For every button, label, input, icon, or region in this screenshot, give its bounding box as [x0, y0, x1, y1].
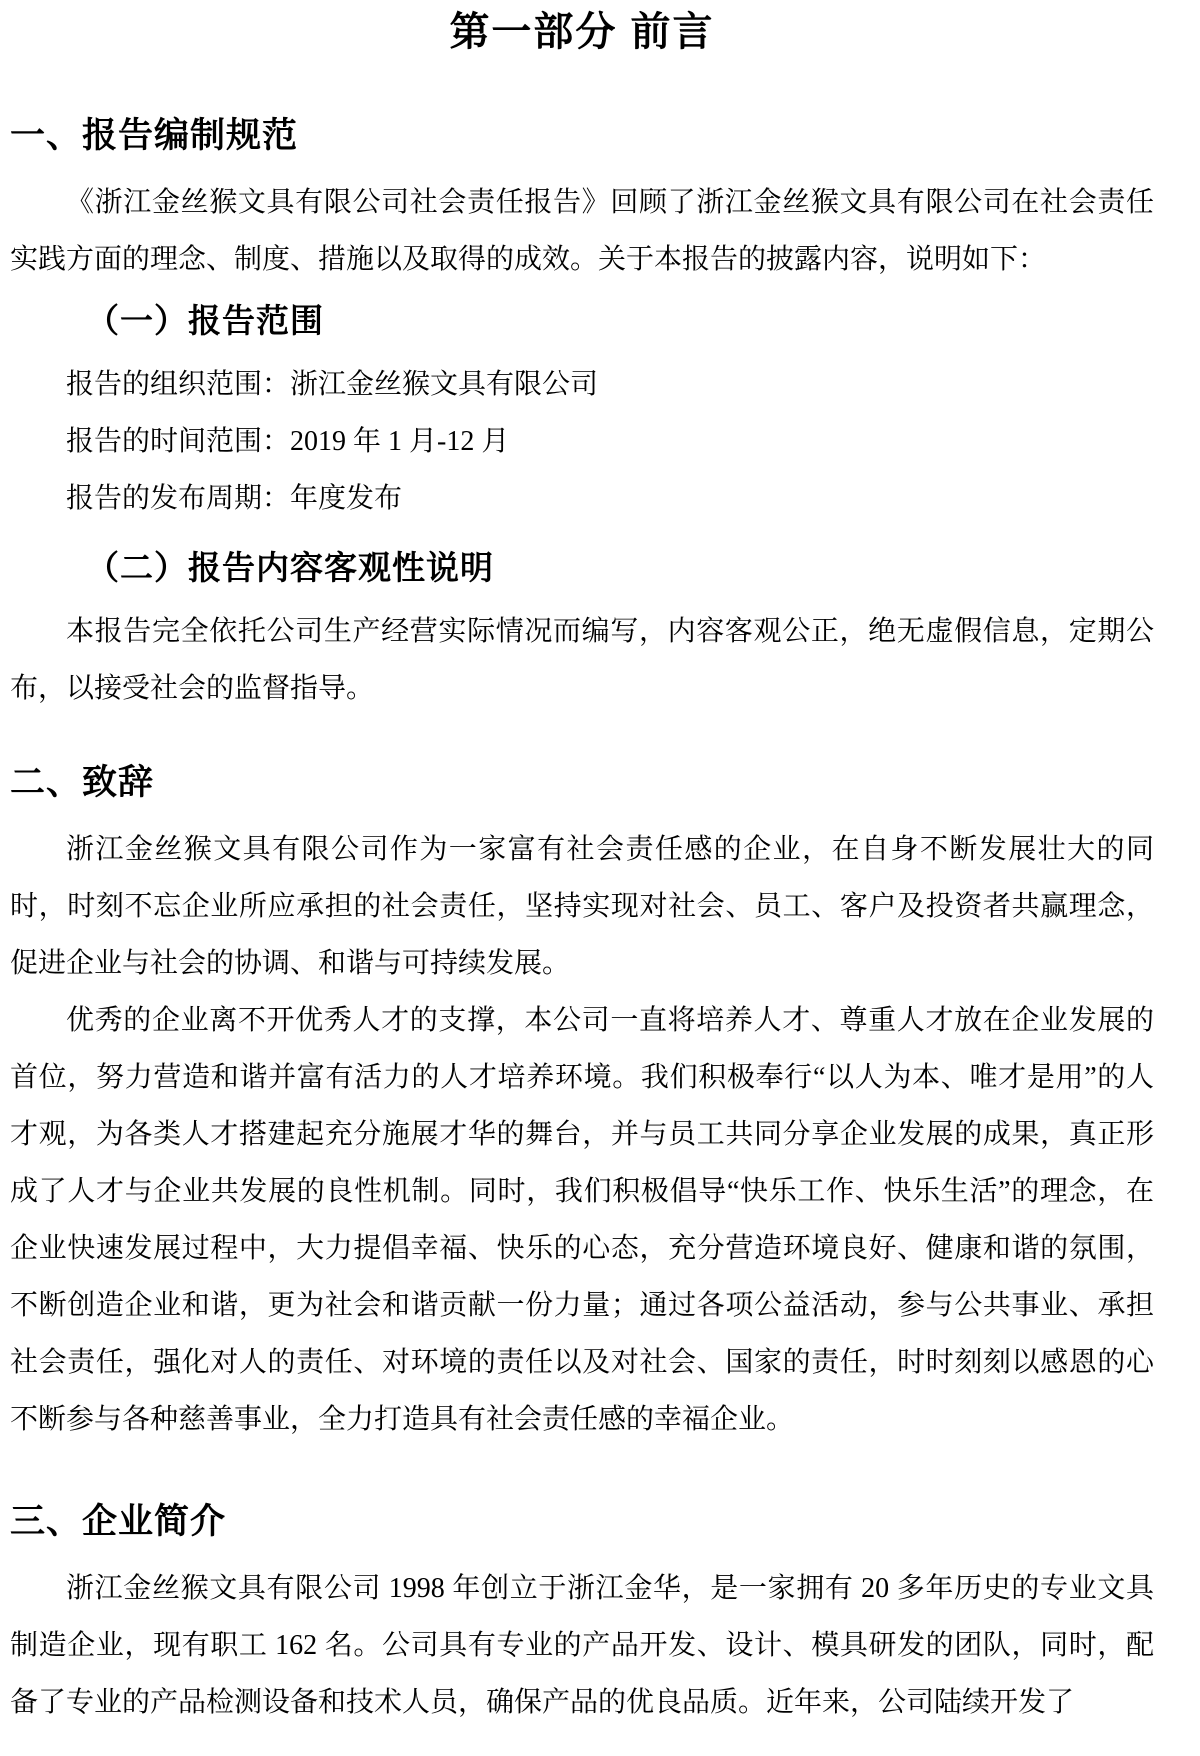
section-3-heading: 三、企业简介	[10, 1500, 1154, 1544]
report-cycle-line: 报告的发布周期：年度发布	[10, 470, 1154, 527]
report-org-scope-line: 报告的组织范围：浙江金丝猴文具有限公司	[10, 356, 1154, 413]
section-2-heading: 二、致辞	[10, 761, 1154, 805]
section-2-paragraph-1: 浙江金丝猴文具有限公司作为一家富有社会责任感的企业，在自身不断发展壮大的同时，时…	[10, 821, 1154, 992]
document-page: 第一部分 前言 一、报告编制规范 《浙江金丝猴文具有限公司社会责任报告》回顾了浙…	[0, 0, 1200, 1756]
section-2-paragraph-2: 优秀的企业离不开优秀人才的支撑，本公司一直将培养人才、尊重人才放在企业发展的首位…	[10, 992, 1154, 1448]
section-1-sub-1-heading: （一）报告范围	[86, 300, 1154, 342]
doc-title: 第一部分 前言	[10, 6, 1154, 58]
report-time-scope-line: 报告的时间范围：2019 年 1 月-12 月	[10, 413, 1154, 470]
section-1-sub-2-paragraph: 本报告完全依托公司生产经营实际情况而编写，内容客观公正，绝无虚假信息，定期公布，…	[10, 603, 1154, 717]
section-3-paragraph-1: 浙江金丝猴文具有限公司 1998 年创立于浙江金华，是一家拥有 20 多年历史的…	[10, 1560, 1154, 1731]
section-1-intro-paragraph: 《浙江金丝猴文具有限公司社会责任报告》回顾了浙江金丝猴文具有限公司在社会责任实践…	[10, 174, 1154, 288]
section-1-sub-2-heading: （二）报告内容客观性说明	[86, 547, 1154, 589]
section-1-heading: 一、报告编制规范	[10, 114, 1154, 158]
